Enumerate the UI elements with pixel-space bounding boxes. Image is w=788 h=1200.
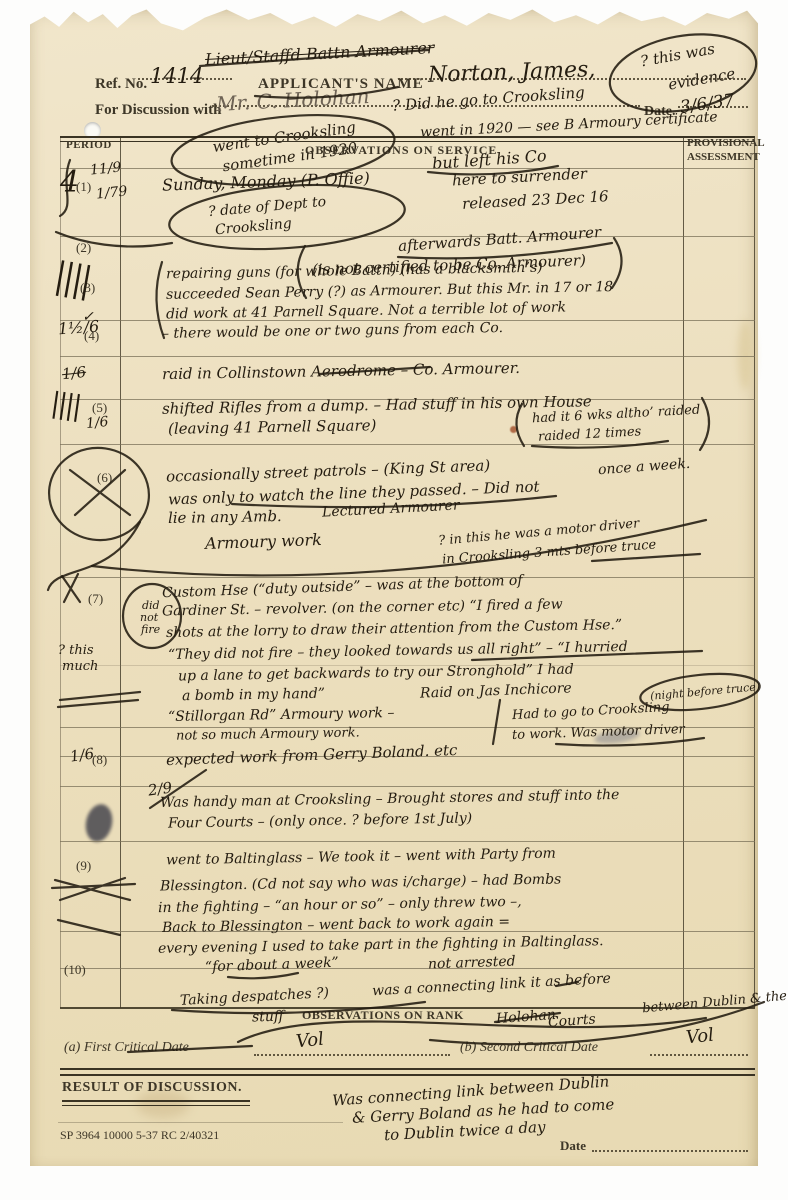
first-critical-dotted-line bbox=[254, 1054, 450, 1056]
second-critical-date-label: (b) Second Critical Date bbox=[460, 1040, 598, 1056]
hw-r7-margin-note-2: much bbox=[62, 660, 98, 673]
row-rule bbox=[60, 968, 755, 969]
hw-r7-circle-word-3: fire bbox=[141, 624, 160, 635]
hw-r5-tally-mark: |||| bbox=[50, 388, 83, 420]
hw-r7-circle-word-2: not bbox=[140, 612, 158, 623]
hw-ref-number: 1414 bbox=[150, 66, 203, 87]
bottom-date-label: Date bbox=[560, 1138, 586, 1154]
row-rule bbox=[60, 444, 755, 445]
row-number-10: (10) bbox=[64, 962, 86, 978]
hw-r4-checkmark: ✓ bbox=[82, 310, 94, 324]
table-right-border bbox=[754, 138, 755, 1008]
hw-r6-line3: lie in any Amb. bbox=[168, 509, 282, 526]
first-critical-date-label: (a) First Critical Date bbox=[64, 1040, 189, 1056]
hw-r1-mark-big: 4 bbox=[60, 168, 79, 198]
hw-second-critical-value: Vol bbox=[685, 1027, 715, 1048]
row-rule bbox=[60, 841, 755, 842]
period-header: PERIOD bbox=[66, 139, 112, 151]
hw-rank-holohan: Holohan bbox=[496, 1008, 557, 1026]
hw-applicant-name: Norton, James, bbox=[428, 59, 596, 87]
table-top-rule bbox=[60, 136, 755, 142]
hw-r7-line8: not so much Armoury work. bbox=[176, 726, 360, 742]
form-number: SP 3964 10000 5-37 RC 2/40321 bbox=[60, 1128, 219, 1143]
result-of-discussion-label: RESULT OF DISCUSSION. bbox=[62, 1080, 242, 1096]
hw-r4-struck-mark: 1/6 bbox=[61, 365, 87, 382]
hw-r7-line6: a bomb in my hand” bbox=[182, 687, 325, 703]
hw-r1-mark-bottom: 1/79 bbox=[95, 184, 128, 201]
row-rule bbox=[60, 168, 755, 169]
result-label-underline bbox=[62, 1100, 250, 1106]
hw-r5-mark2: 1/6 bbox=[85, 415, 109, 431]
row-number-7: (7) bbox=[88, 591, 103, 607]
hw-r10-line6: stuff bbox=[252, 1009, 284, 1024]
scanned-document-page: Ref. No. APPLICANT'S NAME For Discussion… bbox=[0, 0, 788, 1200]
hw-r3-tally-mark: |||| bbox=[53, 257, 94, 299]
second-critical-dotted-line bbox=[650, 1054, 748, 1056]
row-rule bbox=[60, 356, 755, 357]
hw-first-critical-value: Vol bbox=[295, 1031, 325, 1052]
hw-r10-line1: not arrested bbox=[428, 954, 516, 971]
hw-r5-line2: (leaving 41 Parnell Square) bbox=[168, 418, 377, 437]
discussion-label: For Discussion with bbox=[95, 102, 221, 119]
row-number-6: (6) bbox=[97, 470, 112, 486]
provisional-header-line1: PROVISIONAL bbox=[687, 137, 765, 149]
hw-r7-line7: “Stillorgan Rd” Armoury work – bbox=[168, 706, 395, 724]
section-double-rule bbox=[60, 1068, 755, 1076]
form-number-rule bbox=[58, 1122, 343, 1123]
hw-r6-line4: Armoury work bbox=[205, 532, 322, 552]
provisional-header-line2: ASSESSMENT bbox=[687, 151, 760, 163]
observations-header: OBSERVATIONS ON SERVICE bbox=[305, 143, 497, 158]
hw-r8-mark: 1/6 bbox=[69, 746, 95, 764]
hw-r1-mark-top: 11/9 bbox=[89, 160, 122, 177]
hw-r7-circle-word-1: did bbox=[142, 600, 160, 611]
assessment-column-divider bbox=[683, 138, 684, 1008]
period-column-divider bbox=[120, 138, 121, 1008]
bottom-date-dotted-line bbox=[592, 1150, 748, 1152]
row-number-2: (2) bbox=[76, 240, 91, 256]
row-number-9: (9) bbox=[76, 858, 91, 874]
observations-rank-label: OBSERVATIONS ON RANK bbox=[302, 1008, 464, 1023]
hw-r7-margin-note-1: ? this bbox=[58, 644, 94, 657]
